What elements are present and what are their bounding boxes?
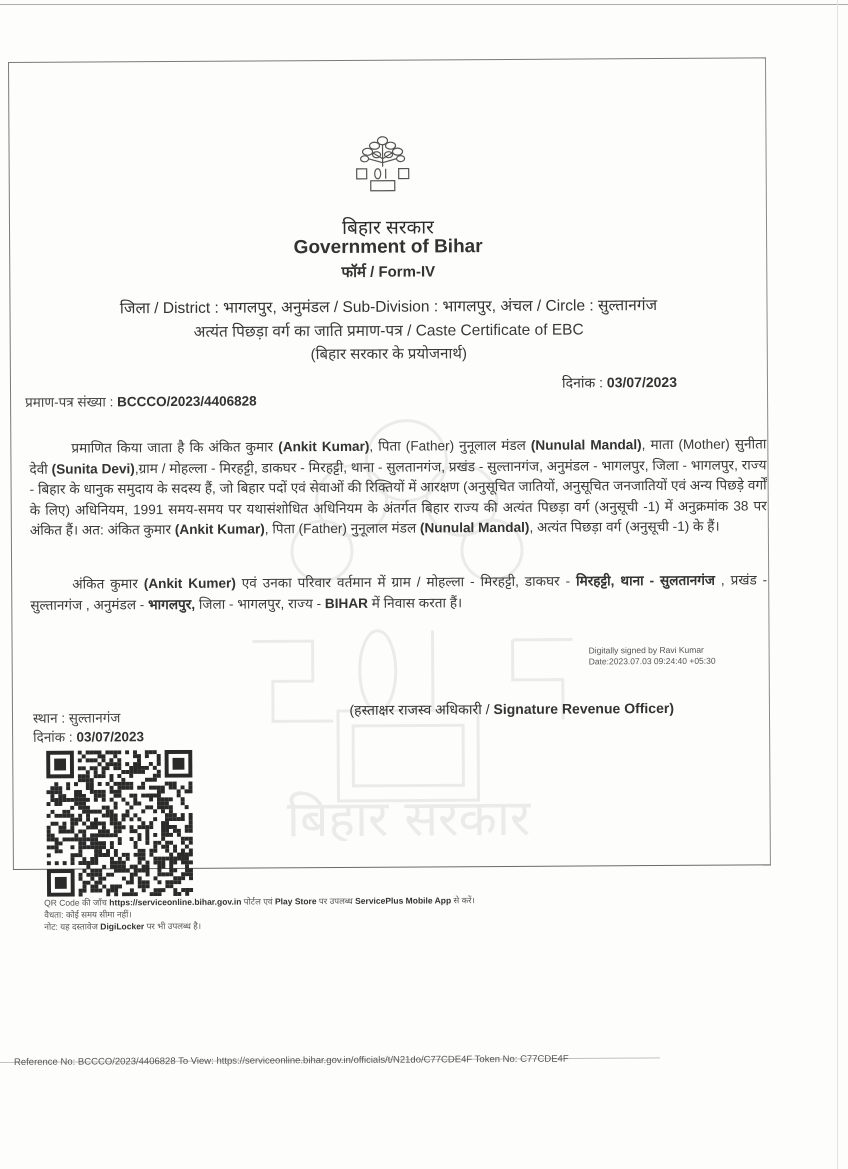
header-title-english: Government of Bihar	[10, 234, 766, 261]
digital-signature: Digitally signed by Ravi Kumar Date:2023…	[589, 645, 716, 668]
verification-link[interactable]: https://serviceonline.bihar.gov.in	[109, 897, 241, 908]
district-label: जिला / District :	[120, 300, 219, 318]
certificate-purpose: (बिहार सरकार के प्रयोजनार्थ)	[11, 341, 767, 366]
signature-block: (हस्ताक्षर राजस्व अधिकारी / Signature Re…	[349, 699, 674, 720]
district-value: भागलपुर,	[223, 299, 277, 316]
svg-text:बिहार सरकार: बिहार सरकार	[287, 789, 532, 842]
place-date-value: 03/07/2023	[76, 729, 144, 744]
applicant-name: (Ankit Kumar)	[175, 521, 265, 537]
text: एवं उनका परिवार वर्तमान में ग्राम / मोहल…	[236, 574, 576, 591]
text: भागलपुर,	[148, 596, 195, 611]
bihar-emblem-icon	[352, 133, 412, 195]
certificate-title: अत्यंत पिछड़ा वर्ग का जाति प्रमाण-पत्र /…	[11, 316, 767, 343]
text: से करें।	[451, 895, 475, 905]
circle-value: सुल्तानगंज	[598, 297, 657, 314]
place-label: स्थान :	[33, 711, 65, 726]
subdivision-label: अनुमंडल / Sub-Division :	[281, 298, 438, 316]
text: अंकित कुमार	[72, 576, 144, 591]
digilocker-label: DigiLocker	[100, 921, 144, 931]
issue-date-value: 03/07/2023	[607, 374, 677, 390]
footer-reference: Reference No: BCCCO/2023/4406828 To View…	[14, 1054, 569, 1068]
applicant-name: (Ankit Kumar)	[278, 439, 369, 455]
place-date-label: दिनांक :	[33, 730, 73, 745]
certificate-number-label: प्रमाण-पत्र संख्या :	[25, 394, 113, 410]
text: मिरहट्टी, थाना - सुलतानगंज	[576, 573, 715, 589]
certificate-number: प्रमाण-पत्र संख्या : BCCCO/2023/4406828	[25, 391, 257, 410]
text: QR Code की जाँच	[44, 897, 109, 907]
digital-signature-signer: Digitally signed by Ravi Kumar	[589, 645, 716, 657]
scan-right-edge	[837, 0, 838, 1169]
father-name: (Nunulal Mandal)	[420, 520, 530, 536]
location-line: जिला / District : भागलपुर, अनुमंडल / Sub…	[10, 292, 766, 319]
signature-english: Signature Revenue Officer)	[493, 700, 674, 717]
text: पर भी उपलब्ध है।	[144, 921, 201, 931]
form-number: फॉर्म / Form-IV	[10, 259, 766, 284]
text: प्रमाणित किया जाता है कि अंकित कुमार	[71, 439, 278, 455]
circle-label: अंचल / Circle :	[500, 297, 593, 315]
place-block: स्थान : सुल्तानगंज दिनांक : 03/07/2023	[33, 708, 144, 747]
issue-date: दिनांक : 03/07/2023	[562, 373, 677, 393]
text: जिला - भागलपुर, राज्य -	[195, 596, 325, 612]
mother-name: (Sunita Devi)	[52, 461, 135, 477]
residence-paragraph: अंकित कुमार (Ankit Kumer) एवं उनका परिवा…	[30, 570, 767, 616]
applicant-name: (Ankit Kumer)	[144, 576, 236, 592]
scan-top-edge	[0, 4, 848, 5]
certificate-frame: बिहार सरकार बिहार सरकार Government of Bi…	[8, 57, 771, 870]
state: BIHAR	[325, 595, 368, 610]
text: , पिता (Father) नुनूलाल मंडल	[265, 520, 420, 536]
text: में निवास करता हैं।	[368, 595, 462, 611]
verification-notes: QR Code की जाँच https://serviceonline.bi…	[44, 894, 475, 933]
text: पर उपलब्ध	[317, 896, 356, 906]
digital-signature-date: Date:2023.07.03 09:24:40 +05:30	[589, 656, 716, 668]
text: , पिता (Father) नुनूलाल मंडल	[369, 438, 531, 454]
certificate-number-value: BCCCO/2023/4406828	[117, 393, 257, 409]
text: नोट: यह दस्तावेज	[44, 921, 100, 931]
issue-date-label: दिनांक :	[562, 374, 603, 390]
subdivision-value: भागलपुर,	[442, 298, 496, 315]
text: पोर्टल एवं	[241, 896, 275, 906]
certification-paragraph: प्रमाणित किया जाता है कि अंकित कुमार (An…	[29, 434, 767, 541]
text: ServicePlus Mobile App	[355, 895, 451, 906]
father-name: (Nunulal Mandal)	[531, 437, 642, 453]
text: Play Store	[275, 896, 317, 906]
signature-hindi: (हस्ताक्षर राजस्व अधिकारी /	[349, 701, 493, 718]
place-value: सुल्तानगंज	[69, 710, 121, 725]
text: , अत्यंत पिछड़ा वर्ग (अनुसूची -1) के हैं…	[529, 519, 719, 535]
qr-code-icon[interactable]	[45, 750, 194, 897]
